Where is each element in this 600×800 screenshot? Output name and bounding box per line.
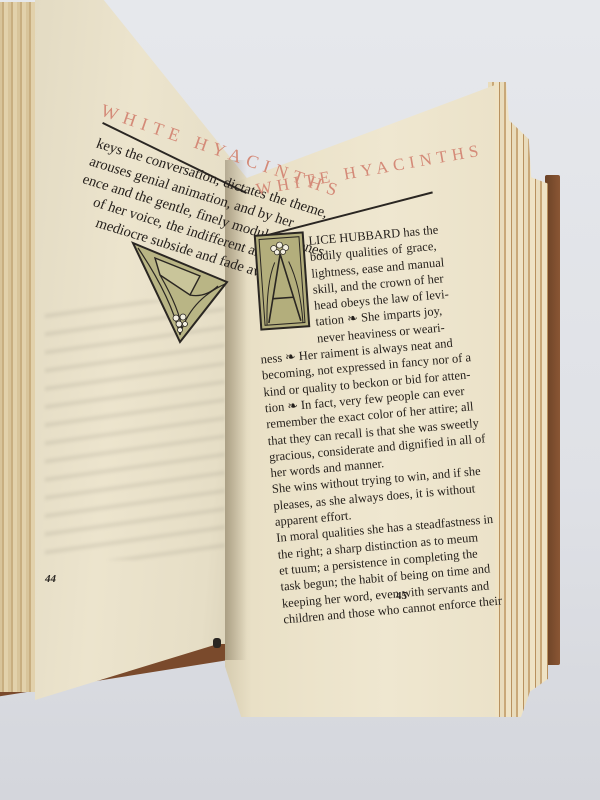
right-page-text: LICE HUBBARD has the bodily qualities of… <box>250 222 468 628</box>
open-book-photo: WHITE HYACINTHS keys the conversation, d… <box>0 0 600 800</box>
headband-knob <box>213 638 221 648</box>
right-page-edges <box>488 82 548 717</box>
triangle-hyacinth-ornament-icon <box>130 240 230 345</box>
left-page <box>35 0 250 700</box>
page-number-right: 45 <box>396 590 407 602</box>
page-number-left: 44 <box>45 573 56 585</box>
